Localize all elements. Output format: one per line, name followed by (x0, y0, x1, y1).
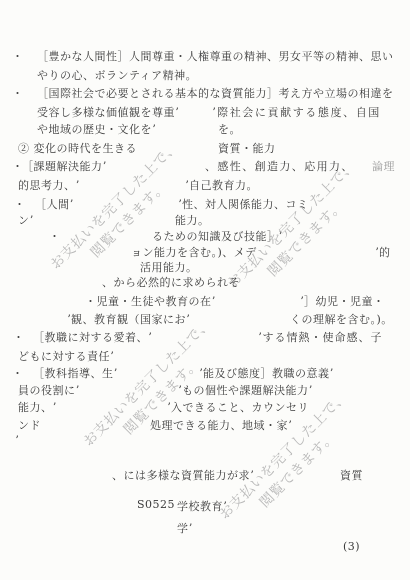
text-segment: ʼ際社会に貢献する態度、自国 (212, 104, 381, 120)
text-segment: ʼ］幼児・児童・ (300, 293, 385, 309)
text-line: ・［課題解決能力ʼ、感性、創造力、応用力、論理 (0, 158, 410, 172)
document-page: お支払いを完了した上で、閲覧できます。お支払いを完了した上で、閲覧できます。お支… (0, 0, 410, 580)
text-segment: ンド (18, 417, 41, 433)
text-segment: 資質・能力 (218, 140, 276, 156)
text-segment: ［人間ʼ (35, 196, 74, 212)
text-segment: ョン能力を含む。)、メデ (131, 244, 257, 260)
text-line: ・［国際社会で必要とされる基本的な資質能力］考え方や立場の相違を (0, 85, 410, 99)
text-segment: ʼもの個性や課題解決能力ʼ (178, 382, 313, 398)
text-segment: ʼ性、対人関係能力、コミ (178, 196, 309, 212)
text-segment: ・ (49, 228, 61, 244)
text-segment: 学ʼ (177, 520, 193, 536)
text-line: ・るための知識及び技能］ʼ (0, 228, 410, 242)
text-segment: 学校教育ʼ (177, 498, 227, 514)
text-segment: ・ (13, 329, 25, 345)
text-line: ・［人間ʼʼ性、対人関係能力、コミ (0, 196, 410, 210)
text-line: ② 変化の時代を生きる資質・能力 (0, 140, 410, 154)
text-segment: 受容し多様な価値観を尊重ʼ (37, 104, 179, 120)
text-segment: るための知識及び技能］ʼ (152, 228, 283, 244)
text-segment: やりの心、ボランティア精神。 (37, 67, 197, 83)
text-segment: ʼ (15, 434, 19, 447)
text-line: や地域の歴史・文化をʼを。 (0, 121, 410, 135)
text-line: ョン能力を含む。)、メデʼ的 (0, 244, 410, 258)
page-number: (3) (343, 540, 360, 553)
text-line: どもに対する責任ʼ (0, 348, 410, 362)
text-segment: ② 変化の時代を生きる (18, 140, 137, 156)
text-segment: ʼする情熱・使命感、子 (258, 329, 383, 345)
text-line: ・［教職に対する愛着、ʼʼする情熱・使命感、子 (0, 329, 410, 343)
text-segment: ʼ入できること、カウンセリ (167, 399, 309, 415)
text-line: 員の役割にʼʼもの個性や課題解決能力ʼ (0, 382, 410, 396)
text-segment: 、には多様な資質能力が求ʼ (112, 467, 254, 483)
text-line: ・児童・生徒や教育の在ʼʼ］幼児・児童・ (0, 293, 410, 307)
text-line: ンʼ能力。 (0, 212, 410, 226)
text-line: ʼ (0, 434, 410, 448)
text-line: 能力、ʼʼ入できること、カウンセリ (0, 399, 410, 413)
text-segment: ʼ能及び態度］教職の意義ʼ (199, 365, 334, 381)
text-segment: 、感性、創造力、応用力、 (205, 158, 354, 174)
text-line: 活用能力。 (0, 259, 410, 273)
text-line: 、には多様な資質能力が求ʼ資質 (0, 467, 410, 481)
text-segment: 、から必然的に求められそ (102, 274, 240, 290)
text-line: ʼ観、教育観（国家におʼくの理解を含む。)。 (0, 311, 410, 325)
text-segment: くの理解を含む。)。 (290, 311, 393, 327)
text-segment: 論理 (372, 158, 395, 174)
text-segment: や地域の歴史・文化をʼ (37, 121, 156, 137)
text-line: 受容し多様な価値観を尊重ʼʼ際社会に貢献する態度、自国 (0, 104, 410, 118)
text-line: ・［豊かな人間性］人間尊重・人権尊重の精神、男女平等の精神、思い (0, 48, 410, 62)
text-segment: S0525 (137, 498, 175, 511)
text-segment: ʼ自己教育力。 (185, 177, 258, 193)
text-line: ンド処理できる能力、地域・家ʼ (0, 417, 410, 431)
text-line: やりの心、ボランティア精神。 (0, 67, 410, 81)
text-segment: ・ (12, 85, 24, 101)
text-segment: ・ (14, 196, 26, 212)
text-segment: 能力、ʼ (18, 399, 57, 415)
text-segment: どもに対する責任ʼ (18, 348, 114, 364)
text-segment: 処理できる能力、地域・家ʼ (150, 417, 292, 433)
text-segment: ・ (12, 365, 24, 381)
text-line: 、から必然的に求められそ (0, 274, 410, 288)
text-segment: ［豊かな人間性］人間尊重・人権尊重の精神、男女平等の精神、思い (37, 48, 394, 64)
text-segment: ・児童・生徒や教育の在ʼ (85, 293, 216, 309)
text-segment: ［課題解決能力ʼ (22, 158, 107, 174)
text-line: 学ʼ (0, 520, 410, 534)
text-segment: 的思考力、ʼ (18, 177, 80, 193)
text-line: ・［教科指導、生ʼʼ能及び態度］教職の意義ʼ (0, 365, 410, 379)
text-segment: 員の役割にʼ (18, 382, 80, 398)
text-segment: ［教科指導、生ʼ (33, 365, 118, 381)
text-segment: 活用能力。 (140, 259, 198, 275)
text-segment: ʼ的 (375, 244, 391, 260)
text-segment: ・ (12, 48, 24, 64)
text-segment: ［教職に対する愛着、ʼ (33, 329, 152, 345)
text-segment: ʼ観、教育観（国家におʼ (67, 311, 190, 327)
text-segment: を。 (218, 121, 241, 137)
text-line: 的思考力、ʼʼ自己教育力。 (0, 177, 410, 191)
text-segment: ［国際社会で必要とされる基本的な資質能力］考え方や立場の相違を (37, 85, 394, 101)
text-segment: 能力。 (175, 212, 210, 228)
text-segment: 資質 (340, 467, 363, 483)
text-segment: ンʼ (18, 212, 34, 228)
text-line: S0525学校教育ʼ (0, 498, 410, 512)
